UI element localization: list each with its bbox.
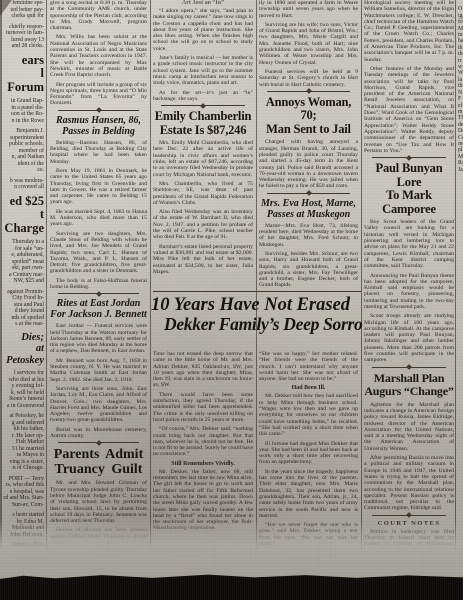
- headline-annoys-woman: Annoys Woman, 70; Man Sent to Jail: [259, 96, 358, 137]
- article-paragraph: Surviving are three sons, John, East Jor…: [50, 386, 147, 424]
- column-left-edge: feminine spe- ted better pay- clerks qui…: [2, 0, 44, 548]
- divider-ornament: [372, 367, 446, 368]
- headline-rasmus-hansen: Rasmus Hansen, 86, Passes in Belding: [50, 115, 147, 137]
- scan-streak: [250, 545, 251, 559]
- article-paragraph: “She was so happy,” her mother related. …: [259, 351, 358, 382]
- article-paragraph: Surviving are his wife; two sons, Victor…: [259, 22, 358, 66]
- headline-bennett-rites: Rites at East Jordan For Jackson J. Benn…: [50, 298, 147, 320]
- clipped-text: feminine spe- ted better pay- clerks qui…: [2, 0, 44, 20]
- article-paragraph: Mrs. Willis has been soloist at the Nati…: [50, 34, 147, 78]
- clipped-headline: ears l Forum: [2, 54, 44, 95]
- article-paragraph: Her program will include a group of six …: [50, 82, 147, 107]
- article-paragraph: Born May 19, 1861 in Denmark, he came to…: [50, 168, 147, 206]
- column-rule: [150, 0, 151, 550]
- article-paragraph: Boy Scout leaders of the Grand Valley co…: [364, 219, 454, 269]
- article-paragraph: Announcing the Paul Bunyan theme has bee…: [364, 273, 454, 311]
- clipped-text: b was modera- n covered all: [2, 178, 44, 191]
- column-rule-faint: [422, 548, 423, 568]
- clipped-text: l services for who died at his y evening…: [2, 370, 44, 409]
- column-rule: [46, 0, 47, 550]
- divider-line: [153, 291, 361, 292]
- column-right-edge: O ig fo M m ha th th tr w W la th N F el…: [458, 0, 463, 548]
- article-paragraph: Agitation for the Marshall plan indicate…: [364, 402, 454, 452]
- article-paragraph: Surviving, besides Mrs. Schuur, are two …: [259, 251, 358, 289]
- article-paragraph: Mrs. Emily Mohl Chamberlin, who died her…: [153, 140, 253, 178]
- article-paragraph: Charged with having annoyed a stranger, …: [259, 139, 358, 189]
- banner-line1: 10 Years Have Not Erased: [151, 295, 363, 315]
- article-paragraph: After permitting Russia to move into a p…: [364, 455, 454, 512]
- article-paragraph: Funeral services will be held at 9 Satur…: [259, 69, 358, 88]
- article-paragraph: give a song recital at 8:30 p. m. Thursd…: [50, 0, 147, 31]
- kicker-art: Art Just an “In”: [153, 0, 253, 6]
- article-paragraph: East Jordan — Funeral services were held…: [50, 323, 147, 354]
- column-rule: [361, 0, 362, 550]
- article-paragraph: Mr. Dekker told how they had sacrificed …: [259, 393, 358, 437]
- divider-ornament: [372, 157, 446, 158]
- clipped-text: kidneys allow k. In prepara- ld be washe…: [2, 542, 44, 548]
- clipped-text: O ig fo M m ha th th tr w W la th N F el…: [458, 6, 463, 172]
- article-paragraph: Belding—Rasmus Hansen, 86, of Belding, d…: [50, 140, 147, 165]
- column-a: give a song recital at 8:30 p. m. Thursd…: [50, 0, 147, 548]
- divider-ornament: [267, 91, 350, 92]
- divider-ornament: [58, 293, 139, 294]
- article-paragraph: Petition in bankruptcy was filed Thursda…: [364, 529, 454, 548]
- column-rule-faint: [214, 548, 215, 570]
- subhead-still-remembers: Still Remembers Vividly.: [153, 461, 253, 467]
- scan-streak: [108, 540, 109, 558]
- article-paragraph: Mr. and Mrs. Howard Crisman of Tyrone to…: [50, 480, 147, 524]
- headline-chamberlin-estate: Emily Chamberlin Estate Is $87,246: [153, 110, 253, 137]
- article-paragraph: Also filed Wednesday was an inventory of…: [153, 209, 253, 240]
- article-paragraph: Mr. Dekker, the father, now 68, still re…: [153, 469, 253, 532]
- article-paragraph-blurred: Decree of divorce has been granted again…: [50, 527, 147, 546]
- dekker-column-1: Time has not erased the deep sorrow that…: [153, 351, 253, 548]
- article-paragraph: Mrs. Chamberlin, who lived at 75 Sheldon…: [153, 181, 253, 206]
- clipped-headline: Dies; at Petoskey: [2, 332, 44, 367]
- clipped-text: against Promin- City Food In- stra and P…: [2, 289, 44, 328]
- divider-ornament: [267, 193, 350, 194]
- article-paragraph: Scout troops already are studying Michig…: [364, 313, 454, 363]
- clipped-text: PORT — Terry rs, who died this e hospita…: [2, 476, 44, 509]
- column-rule-faint: [105, 548, 106, 570]
- headline-truancy: Parents Admit Truancy Guilt: [50, 447, 147, 477]
- article-paragraph: “Of course,” Mrs. Dekker said, “nothing …: [153, 426, 253, 457]
- clipped-text: s been started by Edna M. Markoski and J…: [2, 512, 44, 538]
- article-paragraph: Jane’s family is musical — her mother is…: [153, 55, 253, 86]
- article-paragraph: “I adore opera,” she says, “and plan to …: [153, 8, 253, 52]
- subhead-court-notes: COURT NOTES: [364, 520, 454, 527]
- banner-line2: Dekker Family’s Deep Sorrow: [164, 315, 363, 334]
- divider-ornament: [58, 110, 139, 111]
- article-paragraph: In the years since the tragedy, happines…: [259, 469, 358, 519]
- article-paragraph: Barnhart’s estate listed personal proper…: [153, 244, 253, 275]
- article-paragraph: Burial was in Moorehouse cemetery, Antri…: [50, 427, 147, 440]
- subhead-had-been-ill: Had Been Ill.: [259, 385, 358, 391]
- clipped-text: in Grand Rap- in a panel dis- oon at the…: [2, 98, 44, 124]
- headline-paul-bunyan: Paul Bunyan Lore To Mark Camporee: [364, 162, 454, 216]
- article-paragraph: Other features of the Monday and Tuesday…: [364, 66, 454, 154]
- clipped-headline: ed $25 t Charge: [2, 195, 44, 236]
- clipped-text: at Petoskey, he g and ushered ith his fa…: [2, 413, 44, 472]
- banner-dekker-headline: 10 Years Have Not Erased Dekker Family’s…: [151, 291, 363, 349]
- article-paragraph: Ill fortune had dogged Miss Dekker that …: [259, 441, 358, 466]
- divider-ornament: [58, 442, 139, 443]
- article-paragraph: ily in 1890 and operated a farm in Weare…: [259, 0, 358, 19]
- article-paragraph: Horological society meeting will be Will…: [364, 0, 454, 63]
- article-paragraph: As for the art—it’s just an “in” backsta…: [153, 90, 253, 103]
- column-rule: [455, 0, 456, 550]
- newspaper-page: feminine spe- ted better pay- clerks qui…: [0, 0, 463, 600]
- article-paragraph: Marne—Mrs. Eva Host, 73, lifelong reside…: [259, 223, 358, 248]
- article-paragraph: Time has not erased the deep sorrow that…: [153, 351, 253, 389]
- clipped-text: chiefly respon- turnover in fam- lured a…: [2, 24, 44, 50]
- scan-streak: [330, 542, 331, 558]
- headline-eva-host: Mrs. Eva Host, Marne, Passes at Muskegon: [259, 198, 358, 220]
- article-paragraph: “But we never forget the one who is gone…: [259, 522, 358, 547]
- column-rule: [256, 0, 257, 550]
- column-rule-faint: [318, 548, 319, 570]
- scan-black-edge: [0, 573, 463, 600]
- article-paragraph: The body is at Falso-Huffman funeral hom…: [50, 278, 147, 291]
- article-paragraph: Mr. Bennett was born Aug. 7, 1858 in Ste…: [50, 358, 147, 383]
- divider-ornament: [372, 515, 446, 516]
- article-paragraph: Surviving are two daughters, Mrs. Claude…: [50, 231, 147, 275]
- clipped-text: Thursday to a for sale “un- e, adulterat…: [2, 239, 44, 285]
- column-d: Horological society meeting will be Will…: [364, 0, 454, 548]
- column-b: Art Just an “In” “I adore opera,” she sa…: [153, 0, 253, 291]
- headline-marshall-plan: Marshall Plan Augurs “Change”: [364, 372, 454, 399]
- article-paragraph: There would have been some satisfaction,…: [153, 392, 253, 423]
- article-paragraph: He was married Sept. 4, 1883 to Hanna M.…: [50, 209, 147, 228]
- clipped-text: Benjamin J. superintendent public school…: [2, 128, 44, 174]
- divider-ornament: [161, 105, 245, 106]
- dekker-column-2: “She was so happy,” her mother related. …: [259, 351, 358, 548]
- column-c: ily in 1890 and operated a farm in Weare…: [259, 0, 358, 291]
